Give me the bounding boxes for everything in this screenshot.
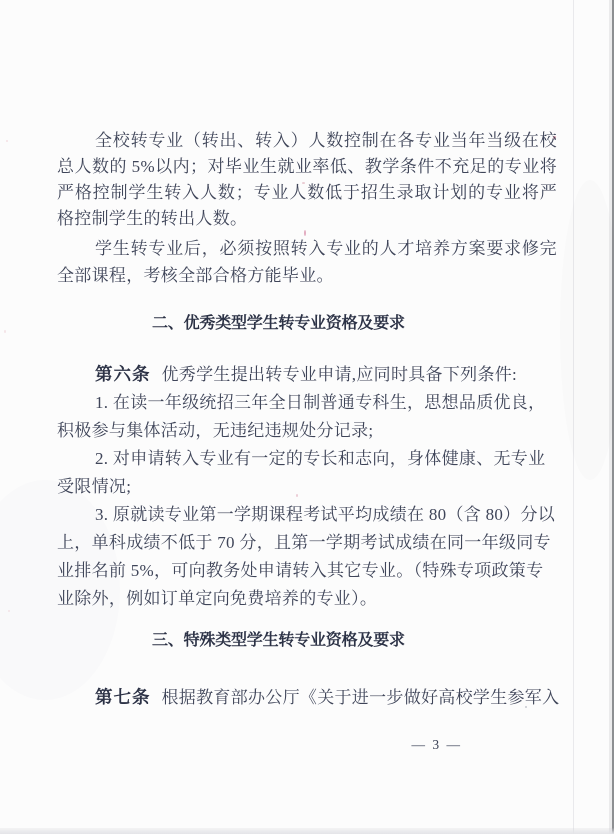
page-number: — 3 — (57, 737, 557, 753)
article-6-text: 优秀学生提出转专业申请,应同时具备下列条件: (162, 365, 518, 384)
item-3-line: 业除外，例如订单定向免费培养的专业）。 (57, 585, 557, 613)
item-2-line: 受限情况; (57, 473, 557, 501)
article-6: 第六条优秀学生提出转专业申请,应同时具备下列条件: (57, 361, 557, 388)
item-3-line: 业排名前 5%，可向教务处申请转入其它专业。（特殊专项政策专 (57, 557, 557, 585)
paragraph-transfer-quota: 全校转专业（转出、转入）人数控制在各专业当年当级在校 总人数的 5%以内；对毕业… (57, 128, 557, 232)
item-3-line: 上，单科成绩不低于 70 分，且第一学期考试成绩在同一年级同专 (57, 529, 557, 557)
scan-speck (8, 610, 10, 612)
item-3-line: 3. 原就读专业第一学期课程考试平均成绩在 80（含 80）分以 (57, 501, 557, 529)
article-6-items: 1. 在读一年级统招三年全日制普通专科生，思想品质优良， 积极参与集体活动，无违… (57, 389, 557, 613)
text-line: 总人数的 5%以内；对毕业生就业率低、教学条件不充足的专业将 (57, 154, 557, 180)
paragraph-graduation-requirement: 学生转专业后，必须按照转入专业的人才培养方案要求修完 全部课程，考核全部合格方能… (57, 235, 557, 289)
scan-edge-bottom (0, 828, 614, 834)
text-line: 格控制学生的转出人数。 (57, 206, 557, 232)
article-7: 第七条根据教育部办公厅《关于进一步做好高校学生参军入 (57, 684, 557, 711)
item-2-line: 2. 对申请转入专业有一定的专长和志向，身体健康、无专业 (57, 445, 557, 473)
item-1-line: 积极参与集体活动，无违纪违规处分记录; (57, 417, 557, 445)
scan-blotch (560, 180, 614, 480)
article-7-label: 第七条 (95, 687, 151, 707)
item-1-line: 1. 在读一年级统招三年全日制普通专科生，思想品质优良， (57, 389, 557, 417)
text-line: 全校转专业（转出、转入）人数控制在各专业当年当级在校 (57, 128, 557, 154)
scan-speck (4, 330, 6, 333)
article-6-label: 第六条 (95, 364, 151, 384)
scanned-document-page: 全校转专业（转出、转入）人数控制在各专业当年当级在校 总人数的 5%以内；对毕业… (0, 0, 614, 834)
section-heading-excellent-students: 二、优秀类型学生转专业资格及要求 (152, 311, 557, 337)
text-line: 学生转专业后，必须按照转入专业的人才培养方案要求修完 (57, 235, 557, 262)
scan-fold-line (573, 0, 574, 834)
text-line: 全部课程，考核全部合格方能毕业。 (57, 262, 557, 289)
text-line: 严格控制学生转入人数；专业人数低于招生录取计划的专业将严 (57, 180, 557, 206)
scan-speck (6, 140, 8, 142)
section-heading-special-students: 三、特殊类型学生转专业资格及要求 (152, 628, 557, 654)
article-7-text: 根据教育部办公厅《关于进一步做好高校学生参军入 (162, 688, 560, 707)
document-body: 全校转专业（转出、转入）人数控制在各专业当年当级在校 总人数的 5%以内；对毕业… (57, 0, 557, 753)
